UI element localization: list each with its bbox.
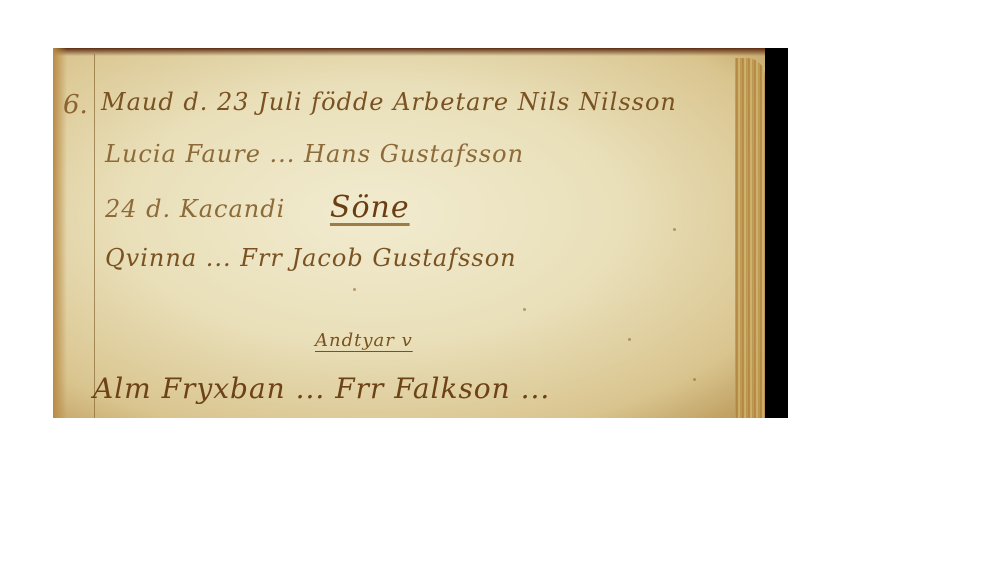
page-edges — [735, 58, 765, 418]
paper-spot — [673, 228, 676, 231]
highlighted-word: Söne — [330, 190, 410, 225]
black-side-strip — [765, 48, 788, 418]
paper-spot — [473, 108, 476, 111]
paper-spot — [693, 378, 696, 381]
handwritten-line-1: Maud d. 23 Juli födde Arbetare Nils Nils… — [101, 88, 677, 116]
paper-spot — [353, 288, 356, 291]
paper-spot — [628, 338, 631, 341]
entry-number: 6. — [63, 90, 88, 120]
handwritten-line-3: 24 d. Kacandi Söne — [105, 190, 410, 225]
handwritten-line-4: Qvinna ... Frr Jacob Gustafsson — [105, 244, 517, 272]
paper-spot — [523, 308, 526, 311]
handwritten-line-5: Alm Fryxban ... Frr Falkson ... — [93, 372, 550, 405]
annotation-above-line: Andtyar v — [315, 330, 413, 351]
canvas: 6. Maud d. 23 Juli födde Arbetare Nils N… — [0, 0, 1000, 563]
margin-rule — [94, 54, 95, 418]
register-page: 6. Maud d. 23 Juli födde Arbetare Nils N… — [53, 48, 765, 418]
handwritten-line-2: Lucia Faure ... Hans Gustafsson — [105, 140, 524, 168]
line-3-text: 24 d. Kacandi — [105, 195, 285, 223]
register-photo: 6. Maud d. 23 Juli födde Arbetare Nils N… — [53, 48, 788, 418]
